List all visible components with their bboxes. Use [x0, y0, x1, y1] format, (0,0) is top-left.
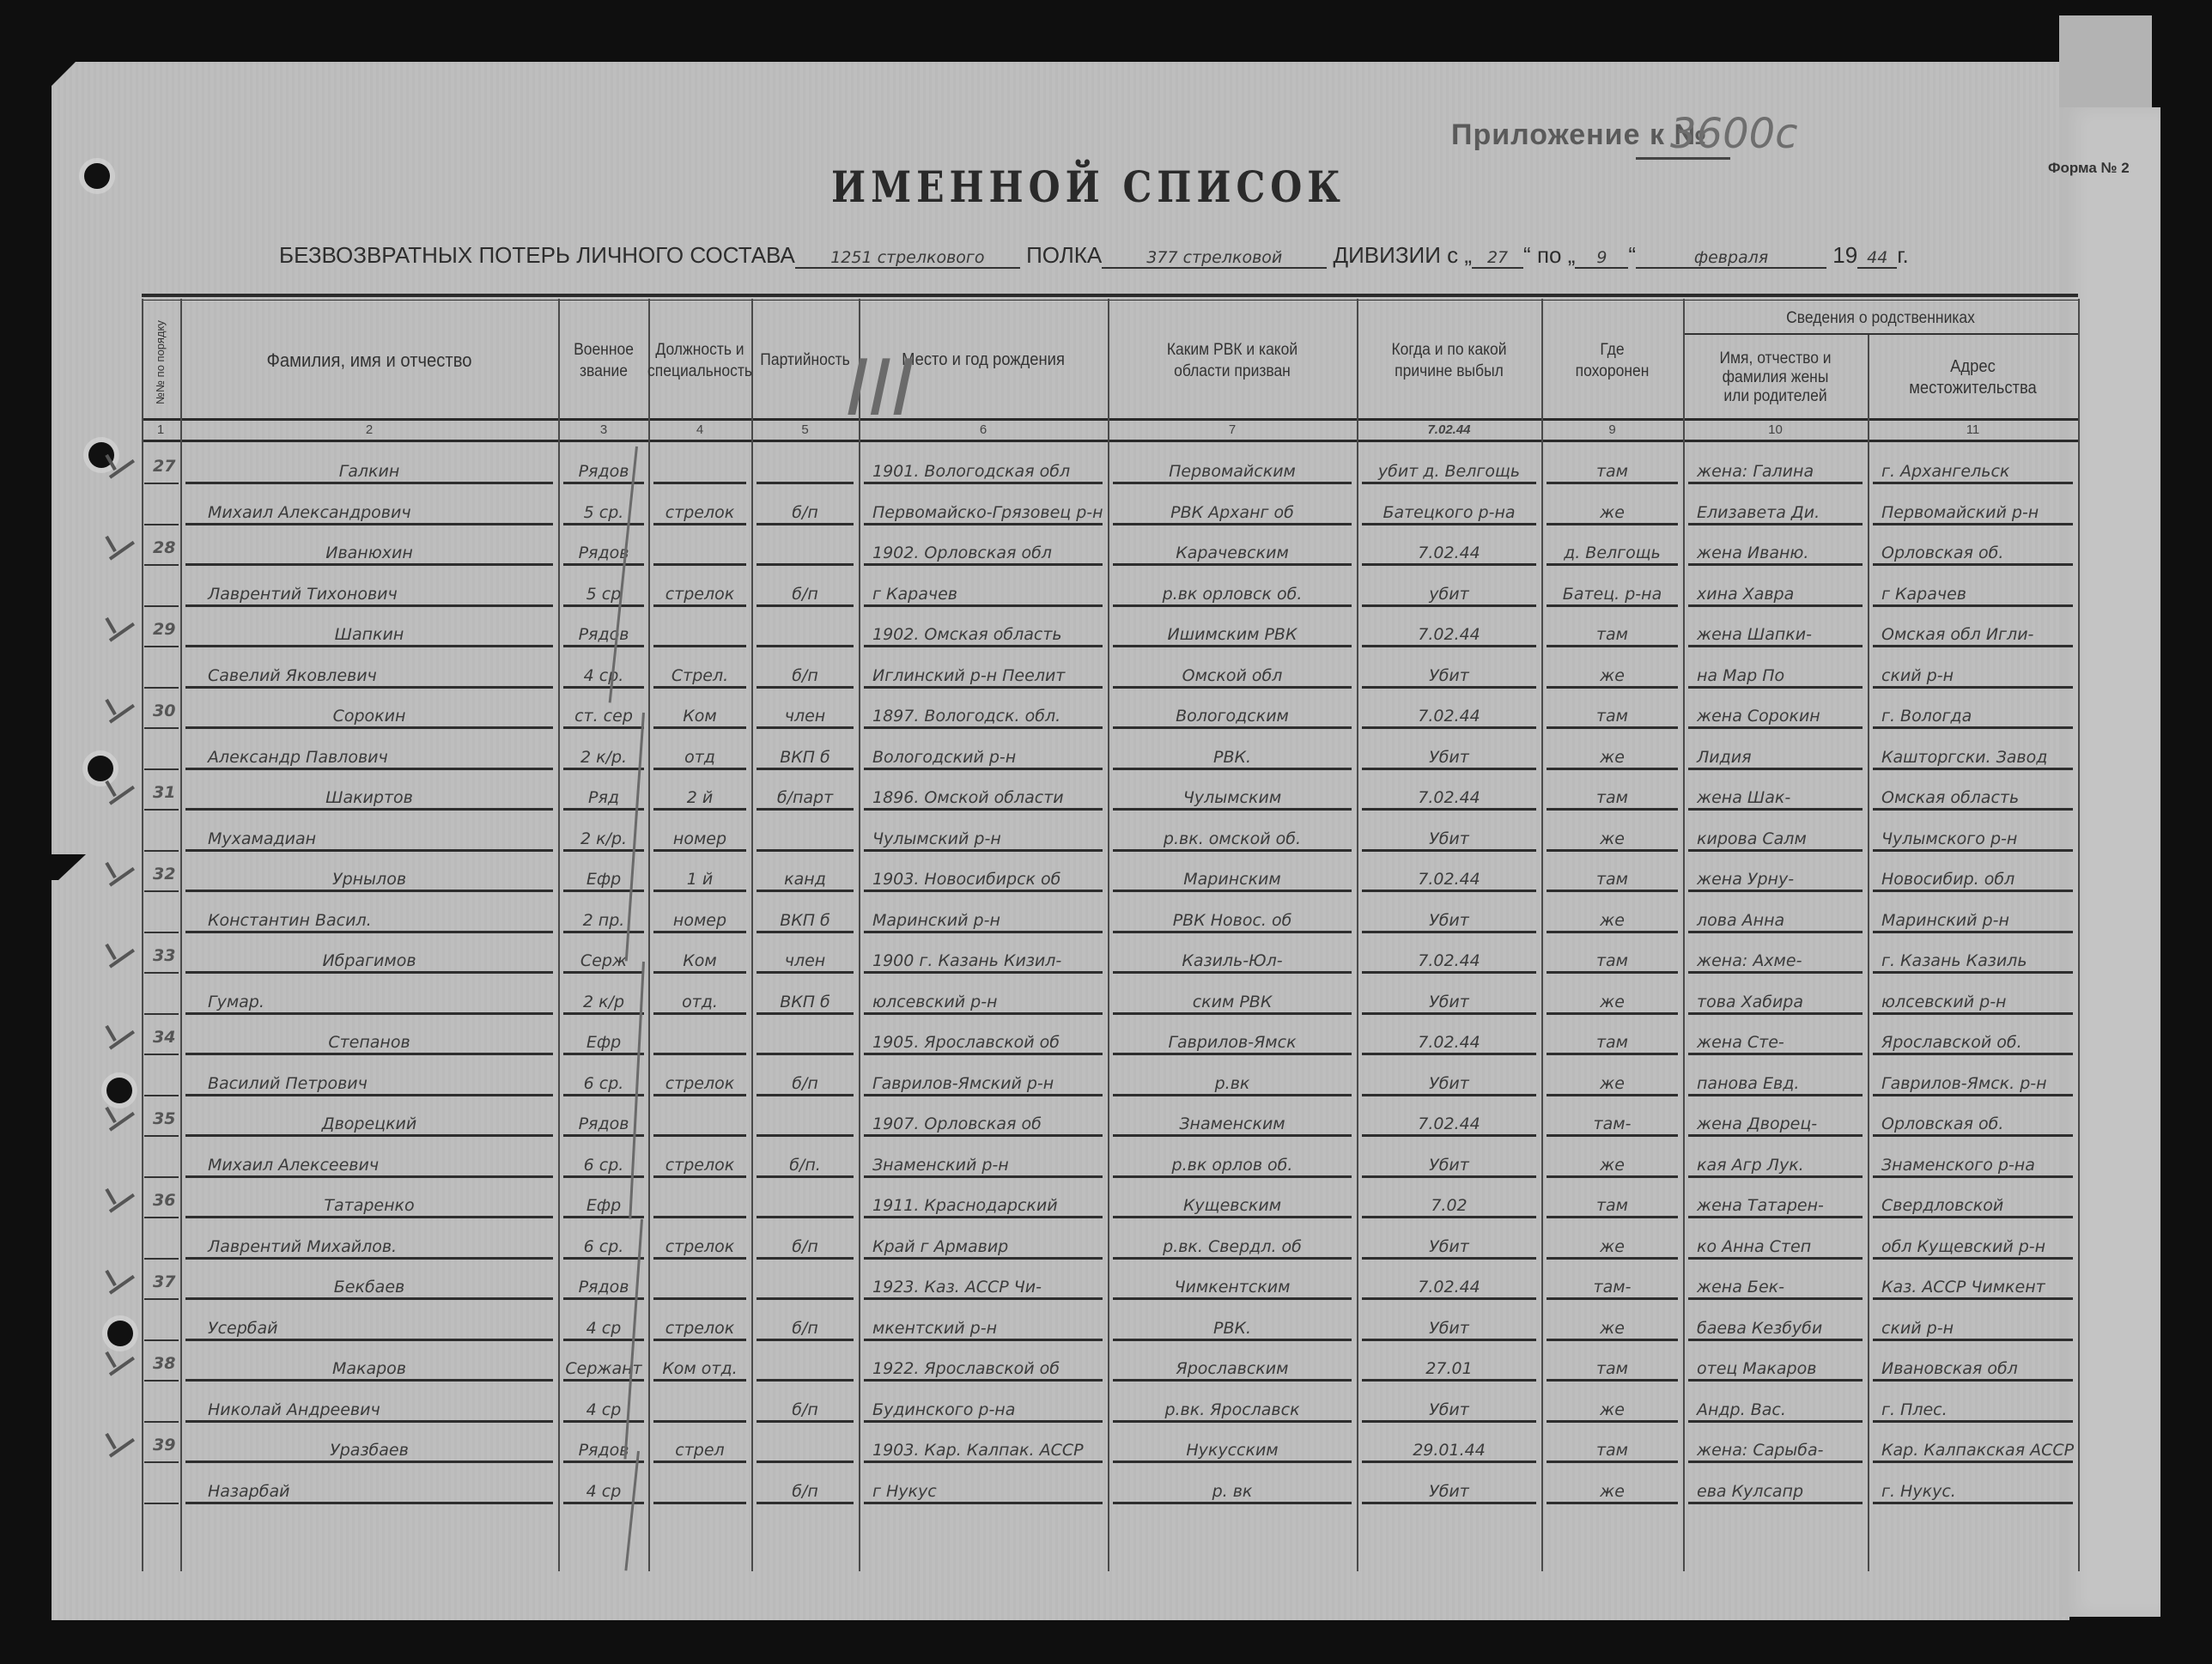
- cell-rank: Рядов: [560, 526, 647, 568]
- cell-pos: Стрел.: [650, 649, 750, 690]
- table-row: 29ШапкинРядов1902. Омская областьИшимски…: [0, 608, 2212, 649]
- cell-buried: же: [1543, 1302, 1681, 1343]
- cell-when: Батецкого р-на: [1358, 486, 1540, 527]
- row-number: 33: [153, 946, 175, 965]
- cell-party: б/п: [753, 1465, 857, 1506]
- row-number-rule: [144, 1054, 179, 1055]
- cell-rvk: Маринским: [1109, 853, 1355, 894]
- header-col-7: Каким РВК и какой области призван: [1119, 302, 1345, 418]
- cell-relative: Елизавета Ди.: [1685, 486, 1866, 527]
- cell-relative: баева Кезбуби: [1685, 1302, 1866, 1343]
- cell-rank: 2 пр.: [560, 894, 647, 935]
- row-number-rule: [144, 1339, 179, 1341]
- regiment-field: 1251 стрелкового: [795, 248, 1020, 269]
- cell-address: Чулымского р-н: [1869, 812, 2076, 853]
- cell-relative: Лидия: [1685, 731, 1866, 772]
- cell-buried: там-: [1543, 1097, 1681, 1139]
- table-row: 28ИванюхинРядов1902. Орловская облКараче…: [0, 526, 2212, 568]
- cell-birth: Маринский р-н: [860, 894, 1106, 935]
- cell-rvk: р.вк: [1109, 1057, 1355, 1098]
- cell-address: Кар. Калпакская АССР: [1869, 1424, 2076, 1465]
- row-number-rule: [144, 1135, 179, 1137]
- cell-rank: Ряд: [560, 771, 647, 812]
- cell-buried: там: [1543, 934, 1681, 975]
- cell-rank: Рядов: [560, 1424, 647, 1465]
- appendix-stamp: Приложение к №: [1451, 118, 1707, 152]
- cell-buried: там: [1543, 608, 1681, 649]
- division-field: 377 стрелковой: [1102, 248, 1327, 269]
- cell-when: 7.02.44: [1358, 771, 1540, 812]
- cell-buried: там: [1543, 853, 1681, 894]
- col-number: 10: [1685, 422, 1866, 440]
- cell-pos: [650, 1097, 750, 1139]
- cell-buried: там: [1543, 1179, 1681, 1220]
- cell-relative: кая Агр Лук.: [1685, 1139, 1866, 1180]
- cell-address: ский р-н: [1869, 1302, 2076, 1343]
- cell-rank: 2 к/р.: [560, 731, 647, 772]
- cell-address: г. Нукус.: [1869, 1465, 2076, 1506]
- cell-buried: там-: [1543, 1260, 1681, 1302]
- cell-party: [753, 445, 857, 486]
- table-row: 38МакаровСержантКом отд.1922. Ярославско…: [0, 1342, 2212, 1383]
- cell-address: г Карачев: [1869, 568, 2076, 609]
- cell-relative: жена Сорокин: [1685, 689, 1866, 731]
- cell-when: Убит: [1358, 1220, 1540, 1261]
- cell-name: Константин Васил.: [182, 894, 556, 935]
- cell-rvk: Кущевским: [1109, 1179, 1355, 1220]
- table-row: Савелий Яковлевич4 ср.Стрел.б/пИглинский…: [0, 649, 2212, 690]
- cell-party: б/п: [753, 1383, 857, 1424]
- table-row: Усербай4 срстрелокб/пмкентский р-нРВК.Уб…: [0, 1302, 2212, 1343]
- date-from-field: 27: [1472, 248, 1523, 269]
- row-number-rule: [144, 687, 179, 689]
- cell-buried: же: [1543, 731, 1681, 772]
- cell-name: Уразбаев: [182, 1424, 556, 1465]
- cell-name: Лаврентий Михайлов.: [182, 1220, 556, 1261]
- checkmark-icon: [94, 859, 136, 885]
- cell-party: б/п.: [753, 1139, 857, 1180]
- cell-when: 27.01: [1358, 1342, 1540, 1383]
- cell-birth: 1902. Орловская обл: [860, 526, 1106, 568]
- cell-buried: же: [1543, 1057, 1681, 1098]
- cell-rvk: Ишимским РВК: [1109, 608, 1355, 649]
- cell-rvk: р.вк орловск об.: [1109, 568, 1355, 609]
- cell-party: [753, 1179, 857, 1220]
- checkmark-icon: [94, 941, 136, 967]
- checkmark-icon: [94, 1430, 136, 1456]
- cell-birth: 1911. Краснодарский: [860, 1179, 1106, 1220]
- cell-buried: же: [1543, 1139, 1681, 1180]
- cell-name: Николай Андреевич: [182, 1383, 556, 1424]
- header-col-4: Должность и специальность: [654, 302, 746, 418]
- checkmark-icon: [94, 452, 136, 477]
- cell-party: б/п: [753, 1302, 857, 1343]
- cell-rank: Серж: [560, 934, 647, 975]
- cell-address: Свердловской: [1869, 1179, 2076, 1220]
- row-number-rule: [144, 1095, 179, 1096]
- cell-relative: жена Шак-: [1685, 771, 1866, 812]
- cell-name: Михаил Александрович: [182, 486, 556, 527]
- cell-pos: Ком: [650, 689, 750, 731]
- cell-birth: Знаменский р-н: [860, 1139, 1106, 1180]
- table-row: 36ТатаренкоЕфр1911. КраснодарскийКущевск…: [0, 1179, 2212, 1220]
- cell-rank: 5 ср: [560, 568, 647, 609]
- punch-hole-icon: [84, 163, 110, 189]
- numbers-bottom-rule: [142, 440, 2078, 442]
- table-row: 37БекбаевРядов1923. Каз. АССР Чи-Чимкент…: [0, 1260, 2212, 1302]
- cell-pos: стрелок: [650, 1302, 750, 1343]
- row-number-rule: [144, 809, 179, 811]
- cell-rank: Сержант: [560, 1342, 647, 1383]
- cell-rvk: Первомайским: [1109, 445, 1355, 486]
- cell-relative: това Хабира: [1685, 975, 1866, 1017]
- cell-birth: 1897. Вологодск. обл.: [860, 689, 1106, 731]
- cell-birth: 1903. Кар. Калпак. АССР: [860, 1424, 1106, 1465]
- cell-relative: панова Евд.: [1685, 1057, 1866, 1098]
- cell-name: Иванюхин: [182, 526, 556, 568]
- cell-birth: г Нукус: [860, 1465, 1106, 1506]
- cell-rvk: РВК Арханг об: [1109, 486, 1355, 527]
- cell-party: [753, 1016, 857, 1057]
- cell-address: г. Казань Казиль: [1869, 934, 2076, 975]
- cell-birth: юлсевский р-н: [860, 975, 1106, 1017]
- checkmark-icon: [94, 1023, 136, 1048]
- checkmark-icon: [94, 615, 136, 641]
- paper-fold-top: [2059, 15, 2152, 112]
- cell-address: ский р-н: [1869, 649, 2076, 690]
- cell-pos: [650, 1260, 750, 1302]
- cell-rvk: Чимкентским: [1109, 1260, 1355, 1302]
- cell-name: Сорокин: [182, 689, 556, 731]
- cell-party: ВКП б: [753, 975, 857, 1017]
- cell-relative: жена Иваню.: [1685, 526, 1866, 568]
- table-row: Василий Петрович6 ср.стрелокб/пГаврилов-…: [0, 1057, 2212, 1098]
- row-number-rule: [144, 1217, 179, 1218]
- cell-birth: Первомайско-Грязовец р-н: [860, 486, 1106, 527]
- row-number: 36: [153, 1191, 175, 1210]
- table-row: 27ГалкинРядов1901. Вологодская облПервом…: [0, 445, 2212, 486]
- cell-rank: Ефр: [560, 1016, 647, 1057]
- header-col-11: Адрес местожительства: [1878, 337, 2069, 418]
- checkmark-icon: [94, 1186, 136, 1212]
- cell-birth: Гаврилов-Ямский р-н: [860, 1057, 1106, 1098]
- row-number-rule: [144, 605, 179, 607]
- row-number-rule: [144, 1421, 179, 1423]
- table-row: Назарбай4 срб/пг Нукуср. вкУбитжеева Кул…: [0, 1465, 2212, 1506]
- row-number: 35: [153, 1109, 175, 1128]
- cell-address: Гаврилов-Ямск. р-н: [1869, 1057, 2076, 1098]
- col-number: 1: [143, 422, 179, 440]
- row-number: 27: [153, 457, 175, 476]
- cell-rank: Рядов: [560, 1260, 647, 1302]
- cell-pos: стрел: [650, 1424, 750, 1465]
- cell-relative: жена Сте-: [1685, 1016, 1866, 1057]
- cell-name: Савелий Яковлевич: [182, 649, 556, 690]
- cell-address: Маринский р-н: [1869, 894, 2076, 935]
- checkmark-icon: [94, 696, 136, 722]
- cell-rvk: ским РВК: [1109, 975, 1355, 1017]
- row-number-rule: [144, 1380, 179, 1382]
- table-row: Константин Васил.2 пр.номерВКП бМарински…: [0, 894, 2212, 935]
- header-col-9: Где похоронен: [1548, 302, 1675, 418]
- row-number-rule: [144, 1461, 179, 1463]
- cell-birth: 1903. Новосибирск об: [860, 853, 1106, 894]
- cell-buried: же: [1543, 1220, 1681, 1261]
- row-number: 32: [153, 865, 175, 884]
- col-number: 11: [1869, 422, 2076, 440]
- cell-party: ВКП б: [753, 731, 857, 772]
- table-row: 33ИбрагимовСержКомчлен1900 г. Казань Киз…: [0, 934, 2212, 975]
- header-col-2: Фамилия, имя и отчество: [197, 302, 541, 418]
- cell-relative: жена Урну-: [1685, 853, 1866, 894]
- cell-rvk: Карачевским: [1109, 526, 1355, 568]
- cell-relative: на Мар По: [1685, 649, 1866, 690]
- cell-buried: же: [1543, 649, 1681, 690]
- cell-when: Убит: [1358, 731, 1540, 772]
- checkmark-icon: [94, 1104, 136, 1130]
- cell-when: 7.02.44: [1358, 689, 1540, 731]
- cell-when: Убит: [1358, 1465, 1540, 1506]
- cell-birth: 1905. Ярославской об: [860, 1016, 1106, 1057]
- cell-address: г. Плес.: [1869, 1383, 2076, 1424]
- form-label: Форма № 2: [2048, 160, 2130, 177]
- cell-rvk: Казиль-Юл-: [1109, 934, 1355, 975]
- cell-pos: отд.: [650, 975, 750, 1017]
- table-row: 30Сорокинст. серКомчлен1897. Вологодск. …: [0, 689, 2212, 731]
- cell-name: Галкин: [182, 445, 556, 486]
- cell-name: Ибрагимов: [182, 934, 556, 975]
- cell-relative: жена Татарен-: [1685, 1179, 1866, 1220]
- cell-when: 7.02.44: [1358, 1016, 1540, 1057]
- cell-buried: там: [1543, 1016, 1681, 1057]
- cell-buried: же: [1543, 975, 1681, 1017]
- cell-birth: 1901. Вологодская обл: [860, 445, 1106, 486]
- col-number-note: 7.02.44: [1358, 422, 1540, 440]
- cell-buried: же: [1543, 486, 1681, 527]
- row-number-rule: [144, 727, 179, 729]
- cell-birth: 1896. Омской области: [860, 771, 1106, 812]
- cell-relative: ева Кулсапр: [1685, 1465, 1866, 1506]
- cell-rank: Рядов: [560, 608, 647, 649]
- cell-relative: Андр. Вас.: [1685, 1383, 1866, 1424]
- cell-when: Убит: [1358, 812, 1540, 853]
- table-row: 39УразбаевРядовстрел1903. Кар. Калпак. А…: [0, 1424, 2212, 1465]
- cell-rvk: Омской обл: [1109, 649, 1355, 690]
- cell-when: Убит: [1358, 649, 1540, 690]
- cell-birth: 1907. Орловская об: [860, 1097, 1106, 1139]
- cell-pos: стрелок: [650, 1139, 750, 1180]
- year-prefix: 19: [1832, 242, 1857, 268]
- table-row: Мухамадиан2 к/р.номерЧулымский р-нр.вк. …: [0, 812, 2212, 853]
- cell-rank: ст. сер: [560, 689, 647, 731]
- cell-rank: Ефр: [560, 1179, 647, 1220]
- col-number: 9: [1543, 422, 1681, 440]
- cell-name: Василий Петрович: [182, 1057, 556, 1098]
- cell-name: Шакиртов: [182, 771, 556, 812]
- cell-name: Назарбай: [182, 1465, 556, 1506]
- cell-name: Степанов: [182, 1016, 556, 1057]
- cell-when: Убит: [1358, 894, 1540, 935]
- cell-address: обл Кущевский р-н: [1869, 1220, 2076, 1261]
- cell-relative: жена: Галина: [1685, 445, 1866, 486]
- cell-when: Убит: [1358, 1302, 1540, 1343]
- row-number: 30: [153, 701, 175, 720]
- cell-party: б/п: [753, 649, 857, 690]
- cell-address: Первомайский р-н: [1869, 486, 2076, 527]
- cell-pos: стрелок: [650, 486, 750, 527]
- cell-rank: 6 ср.: [560, 1220, 647, 1261]
- cell-name: Михаил Алексеевич: [182, 1139, 556, 1180]
- header-col-5: Партийность: [757, 302, 853, 418]
- cell-party: ВКП б: [753, 894, 857, 935]
- table-row: Михаил Александрович5 ср.стрелокб/пПерво…: [0, 486, 2212, 527]
- cell-party: [753, 812, 857, 853]
- table-row: 31ШакиртовРяд2 йб/парт1896. Омской облас…: [0, 771, 2212, 812]
- cell-address: Ярославской об.: [1869, 1016, 2076, 1057]
- row-number-rule: [144, 646, 179, 647]
- cell-address: Кашторгски. Завод: [1869, 731, 2076, 772]
- cell-address: Омская обл Игли-: [1869, 608, 2076, 649]
- row-number: 37: [153, 1272, 175, 1291]
- table-top-rule-thin: [142, 300, 2078, 301]
- date-to-field: 9: [1575, 248, 1628, 269]
- row-number-rule: [144, 972, 179, 974]
- cell-rvk: Вологодским: [1109, 689, 1355, 731]
- cell-pos: 2 й: [650, 771, 750, 812]
- col-number: 2: [182, 422, 556, 440]
- cell-relative: жена Шапки-: [1685, 608, 1866, 649]
- cell-party: член: [753, 689, 857, 731]
- cell-buried: Батец. р-на: [1543, 568, 1681, 609]
- table-top-rule: [142, 294, 2078, 297]
- cell-relative: хина Хавра: [1685, 568, 1866, 609]
- cell-address: Знаменского р-на: [1869, 1139, 2076, 1180]
- header-col-10: Имя, отчество и фамилия жены или родител…: [1692, 337, 1858, 418]
- cell-rvk: р.вк орлов об.: [1109, 1139, 1355, 1180]
- cell-pos: [650, 1016, 750, 1057]
- cell-party: б/п: [753, 568, 857, 609]
- cell-address: г. Вологда: [1869, 689, 2076, 731]
- cell-when: Убит: [1358, 1139, 1540, 1180]
- cell-rvk: р.вк. Ярославск: [1109, 1383, 1355, 1424]
- cell-party: [753, 526, 857, 568]
- cell-rvk: Гаврилов-Ямск: [1109, 1016, 1355, 1057]
- cell-birth: 1902. Омская область: [860, 608, 1106, 649]
- cell-birth: г Карачев: [860, 568, 1106, 609]
- relatives-group-header: Сведения о родственниках: [1700, 302, 2061, 333]
- cell-pos: [650, 526, 750, 568]
- cell-pos: [650, 608, 750, 649]
- row-number-rule: [144, 1013, 179, 1015]
- cell-when: 7.02.44: [1358, 853, 1540, 894]
- cell-rank: 4 ср.: [560, 649, 647, 690]
- cell-party: [753, 1342, 857, 1383]
- cell-rvk: р.вк. Свердл. об: [1109, 1220, 1355, 1261]
- cell-when: 7.02.44: [1358, 1260, 1540, 1302]
- cell-birth: 1922. Ярославской об: [860, 1342, 1106, 1383]
- cell-name: Усербай: [182, 1302, 556, 1343]
- cell-rvk: Ярославским: [1109, 1342, 1355, 1383]
- cell-address: г. Архангельск: [1869, 445, 2076, 486]
- cell-address: Новосибир. обл: [1869, 853, 2076, 894]
- cell-pos: Ком отд.: [650, 1342, 750, 1383]
- cell-pos: [650, 1383, 750, 1424]
- cell-address: Каз. АССР Чимкент: [1869, 1260, 2076, 1302]
- cell-when: Убит: [1358, 1383, 1540, 1424]
- cell-rank: 5 ср.: [560, 486, 647, 527]
- checkmark-icon: [94, 533, 136, 559]
- cell-relative: ко Анна Степ: [1685, 1220, 1866, 1261]
- cell-relative: отец Макаров: [1685, 1342, 1866, 1383]
- row-number: 39: [153, 1436, 175, 1454]
- cell-address: Омская область: [1869, 771, 2076, 812]
- row-number-rule: [144, 932, 179, 933]
- cell-buried: там: [1543, 771, 1681, 812]
- cell-when: Убит: [1358, 975, 1540, 1017]
- row-number-rule: [144, 1503, 179, 1504]
- cell-name: Лаврентий Тихонович: [182, 568, 556, 609]
- cell-pos: стрелок: [650, 1220, 750, 1261]
- row-number: 29: [153, 620, 175, 639]
- row-number: 31: [153, 783, 175, 802]
- cell-party: [753, 1260, 857, 1302]
- cell-birth: Иглинский р-н Пеелит: [860, 649, 1106, 690]
- cell-rvk: РВК.: [1109, 1302, 1355, 1343]
- cell-when: убит: [1358, 568, 1540, 609]
- cell-address: Ивановская обл: [1869, 1342, 2076, 1383]
- cell-when: 7.02.44: [1358, 1097, 1540, 1139]
- cell-pos: номер: [650, 812, 750, 853]
- cell-pos: [650, 1179, 750, 1220]
- row-number-rule: [144, 564, 179, 566]
- appendix-stamp-label: Приложение к №: [1451, 118, 1707, 151]
- cell-rvk: Чулымским: [1109, 771, 1355, 812]
- cell-rvk: р. вк: [1109, 1465, 1355, 1506]
- group-header-rule: [1683, 333, 2078, 335]
- row-number-rule: [144, 483, 179, 484]
- cell-party: б/п: [753, 1057, 857, 1098]
- cell-when: 7.02: [1358, 1179, 1540, 1220]
- cell-pos: стрелок: [650, 1057, 750, 1098]
- cell-buried: же: [1543, 1383, 1681, 1424]
- row-number-rule: [144, 1298, 179, 1300]
- page-title: ИМЕННОЙ СПИСОК: [831, 161, 1346, 212]
- cell-address: Орловская об.: [1869, 526, 2076, 568]
- cell-birth: 1923. Каз. АССР Чи-: [860, 1260, 1106, 1302]
- cell-when: убит д. Велгощь: [1358, 445, 1540, 486]
- row-number: 34: [153, 1028, 175, 1047]
- table-row: Гумар.2 к/ротд.ВКП бюлсевский р-нским РВ…: [0, 975, 2212, 1017]
- cell-address: Орловская об.: [1869, 1097, 2076, 1139]
- cell-party: [753, 1424, 857, 1465]
- table-row: Лаврентий Тихонович5 срстрелокб/пг Карач…: [0, 568, 2212, 609]
- cell-when: 29.01.44: [1358, 1424, 1540, 1465]
- cell-name: Бекбаев: [182, 1260, 556, 1302]
- cell-name: Макаров: [182, 1342, 556, 1383]
- cell-buried: же: [1543, 812, 1681, 853]
- cell-pos: номер: [650, 894, 750, 935]
- cell-pos: отд: [650, 731, 750, 772]
- row-number: 38: [153, 1354, 175, 1373]
- cell-rvk: РВК Новос. об: [1109, 894, 1355, 935]
- cell-rank: 4 ср: [560, 1383, 647, 1424]
- cell-party: канд: [753, 853, 857, 894]
- table-row: Николай Андреевич4 срб/пБудинского р-нар…: [0, 1383, 2212, 1424]
- header-col-8: Когда и по какой причине выбыл: [1365, 302, 1532, 418]
- cell-name: Урнылов: [182, 853, 556, 894]
- cell-buried: там: [1543, 1424, 1681, 1465]
- cell-party: [753, 1097, 857, 1139]
